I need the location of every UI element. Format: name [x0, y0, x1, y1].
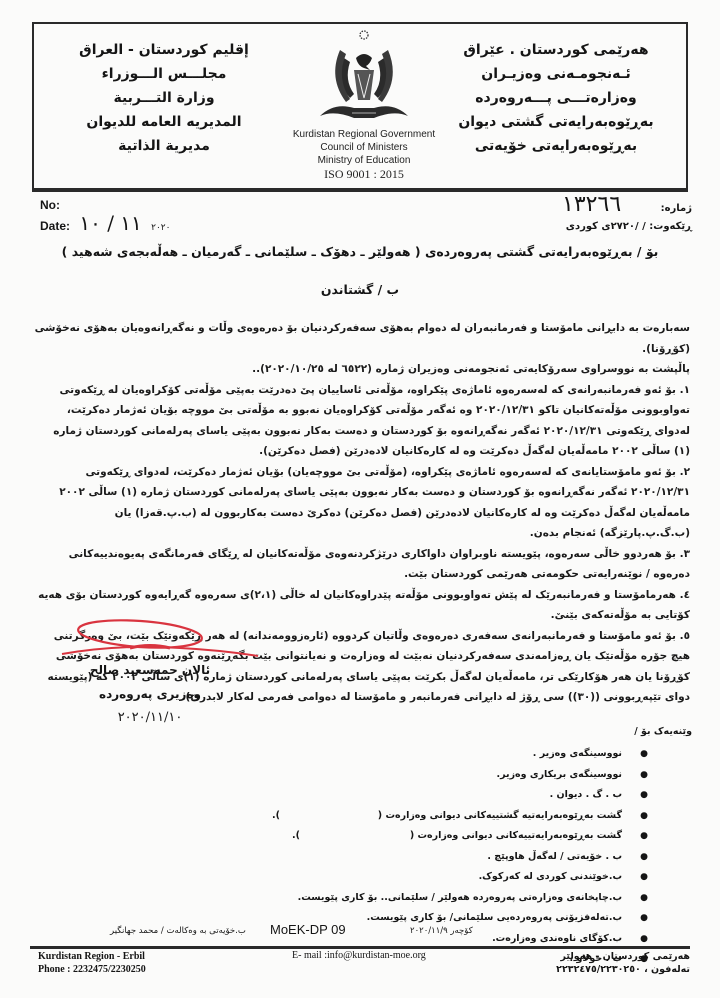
footer-divider	[30, 946, 690, 949]
reference-kurdish: ژمارە: ١٣٢٦٦ ڕێکەوت: / /٢٧٢٠ی کوردی	[562, 196, 692, 236]
signature-icon	[60, 618, 260, 658]
letterhead-line: مديرية الذاتية	[74, 134, 254, 158]
letterhead-line: بەڕێوەبەرایەتی گشتی دیوان	[456, 110, 656, 134]
cc-item: ●ب.چاپخانەی وەزارەتی پەروەردە هەولێر / س…	[272, 888, 692, 909]
letterhead-line: المديريه العامه للديوان	[74, 110, 254, 134]
letterhead-kurdish: هەرێمی کوردستان . عێراق ئـەنجومـەنی وەزی…	[456, 38, 656, 158]
signatory-date: ٢٠٢٠/١١/١٠	[60, 706, 240, 730]
letterhead-arabic: إقليم كوردستان - العراق مجلـــس الـــوزر…	[74, 38, 254, 158]
bullet-icon: ●	[640, 888, 648, 909]
date-year: ٢٠٢٠	[151, 222, 170, 232]
body-paragraph: ١. بۆ ئەو فەرمانبەرانەی کە لەسەرەوە ئاما…	[34, 380, 690, 462]
date-label: ڕێکەوت:	[649, 221, 692, 232]
cc-item: ●گشت بەڕێوەبەرایەتییەکانی دیوانی وەزارەت…	[272, 826, 692, 847]
cc-item: ●نووسینگەی وەزیر .	[272, 744, 692, 765]
document-page: هەرێمی کوردستان . عێراق ئـەنجومـەنی وەزی…	[0, 0, 720, 998]
body-paragraph: ٢. بۆ ئەو مامۆستایانەی کە لەسەرەوە ئاماژ…	[34, 462, 690, 544]
addressee: بۆ / بەڕێوەبەرایەتی گشتی پەروەردەی ( هەو…	[0, 244, 720, 259]
letterhead-english-line: Council of Ministers	[264, 141, 464, 154]
footer-email: E- mail :info@kurdistan-moe.org	[292, 950, 426, 961]
bullet-icon: ●	[640, 826, 648, 847]
cc-title: وێنەیەک بۆ /	[634, 726, 692, 737]
iso-certification: ISO 9001 : 2015	[264, 167, 464, 181]
number-label: ژمارە:	[661, 203, 692, 214]
footer-phone: Phone : 2232475/2230250	[38, 963, 146, 976]
cc-item: ●ب.خوێندنی کوردی لە کەرکوک.	[272, 867, 692, 888]
subject: ب / گشتاندن	[0, 282, 720, 297]
prepared-by: ب.خۆیەتی بە وەکالەت / محمد جهانگیر	[110, 926, 246, 936]
signatory-name: ئالان حمەسعید صالح	[60, 658, 240, 682]
letterhead-line: هەرێمی کوردستان . عێراق	[456, 38, 656, 62]
bullet-icon: ●	[640, 806, 648, 827]
cc-item: ●ب . گ . دیوان .	[272, 785, 692, 806]
bullet-icon: ●	[640, 744, 648, 765]
reference-number: ١٣٢٦٦	[562, 192, 621, 217]
bullet-icon: ●	[640, 867, 648, 888]
kurdish-date: / /٢٧٢٠ی کوردی	[566, 221, 646, 232]
reference-english: No: Date: ٢٠٢٠ ١١ / ١٠	[40, 196, 170, 236]
letterhead-line: ئـەنجومـەنی وەزیـران	[456, 62, 656, 86]
body-paragraph: سەبارەت بە دابڕانی مامۆستا و فەرمانبەران…	[34, 318, 690, 359]
letterhead-line: إقليم كوردستان - العراق	[74, 38, 254, 62]
letterhead-line: بەڕێوەبەرایەتی خۆیەتی	[456, 134, 656, 158]
form-code: MoEK-DP 09	[270, 922, 346, 937]
date-label-en: Date:	[40, 219, 70, 233]
bullet-icon: ●	[640, 785, 648, 806]
letterhead: هەرێمی کوردستان . عێراق ئـەنجومـەنی وەزی…	[32, 22, 688, 192]
signatory-block: ئالان حمەسعید صالح وەزیری پەروەردە ٢٠٢٠/…	[60, 658, 240, 730]
footer-region: Kurdistan Region - Erbil	[38, 950, 146, 963]
letterhead-english-line: Kurdistan Regional Government	[264, 128, 464, 141]
footer-english: Kurdistan Region - Erbil Phone : 2232475…	[38, 950, 146, 976]
bullet-icon: ●	[640, 765, 648, 786]
letterhead-line: مجلـــس الـــوزراء	[74, 62, 254, 86]
letterhead-center: Kurdistan Regional Government Council of…	[264, 28, 464, 181]
footer-region-ku: هەرێمی کوردستان - هەولێر	[556, 950, 690, 963]
kurdistan-emblem-icon	[314, 28, 414, 128]
cc-item: ●نووسینگەی بریکاری وەزیر.	[272, 765, 692, 786]
footer-phone-ku: تەلەفون ، ٢٢٣٢٤٧٥/٢٢٣٠٢٥٠	[556, 963, 690, 976]
body-paragraph: ٣. بۆ هەردوو خاڵی سەرەوە، پێویستە ناوبرا…	[34, 544, 690, 585]
footer-kurdish: هەرێمی کوردستان - هەولێر تەلەفون ، ٢٢٣٢٤…	[556, 950, 690, 976]
bullet-icon: ●	[640, 847, 648, 868]
footer-meta: ب.خۆیەتی بە وەکالەت / محمد جهانگیر MoEK-…	[0, 926, 720, 946]
cc-item: ●گشت بەڕێوەبەرایەتیە گشتییەکانی دیوانی و…	[272, 806, 692, 827]
date-day-month: ١١ / ١٠	[79, 211, 141, 235]
letterhead-line: وزارة التـــربية	[74, 86, 254, 110]
typed-date: کۆچەر ٢٠٢٠/١١/٩	[410, 926, 473, 936]
letterhead-english-line: Ministry of Education	[264, 154, 464, 167]
body-paragraph: پاڵپشت بە نووسراوی سەرۆکایەتی ئەنجومەنی …	[34, 359, 690, 380]
cc-item: ●ب . خۆیەتی / لەگەڵ هاوپێچ .	[272, 847, 692, 868]
letterhead-line: وەزارەتـــی پـــەروەردە	[456, 86, 656, 110]
signatory-title: وەزیری پەروەردە	[60, 682, 240, 706]
